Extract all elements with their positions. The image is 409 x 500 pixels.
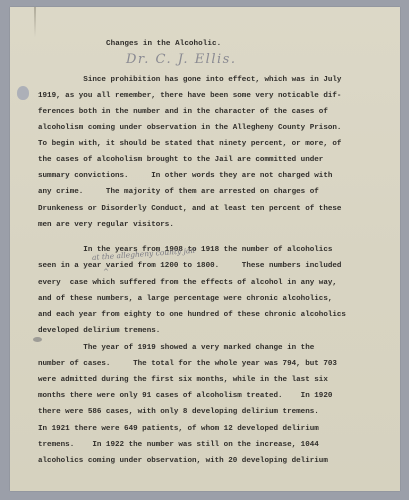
text-line: were admitted during the first six month… [38,376,328,384]
handwritten-signature: Dr. C. J. Ellis. [126,52,236,67]
text-line: there were 586 cases, with only 8 develo… [38,408,319,416]
text-line: months there were only 91 cases of alcoh… [38,392,332,400]
text-line: the cases of alcoholism brought to the J… [38,156,323,164]
text-line: and each year from eighty to one hundred… [38,311,346,319]
text-line: To begin with, it should be stated that … [38,140,341,148]
text-line: developed delirium tremens. [38,327,160,335]
text-line: In 1921 there were 649 patients, of whom… [38,425,319,433]
text-line: men are very regular visitors. [38,221,174,229]
text-line: number of cases. The total for the whole… [38,360,337,368]
text-line: summary convictions. In other words they… [38,172,332,180]
text-line: Since prohibition has gone into effect, … [38,76,341,84]
text-line: Drunkeness or Disorderly Conduct, and at… [38,205,341,213]
text-line: alcoholics coming under observation, wit… [38,457,328,465]
insertion-caret: ^ [103,268,109,276]
text-line: The year of 1919 showed a very marked ch… [38,344,314,352]
text-line: ferences both in the number and in the c… [38,108,328,116]
paper-crease [34,7,36,37]
scanned-page: Changes in the Alcoholic. Dr. C. J. Elli… [0,0,409,500]
text-line: alcoholism coming under observation in t… [38,124,341,132]
ink-smudge [33,337,42,342]
text-line: tremens. In 1922 the number was still on… [38,441,319,449]
text-line: every case which suffered from the effec… [38,279,337,287]
text-line: any crime. The majority of them are arre… [38,188,319,196]
text-line: and of these numbers, a large percentage… [38,295,332,303]
text-line: seen in a year varied from 1200 to 1800.… [38,262,341,270]
punch-hole [17,86,29,100]
document-title: Changes in the Alcoholic. [106,39,221,49]
text-line: 1919, as you all remember, there have be… [38,92,341,100]
